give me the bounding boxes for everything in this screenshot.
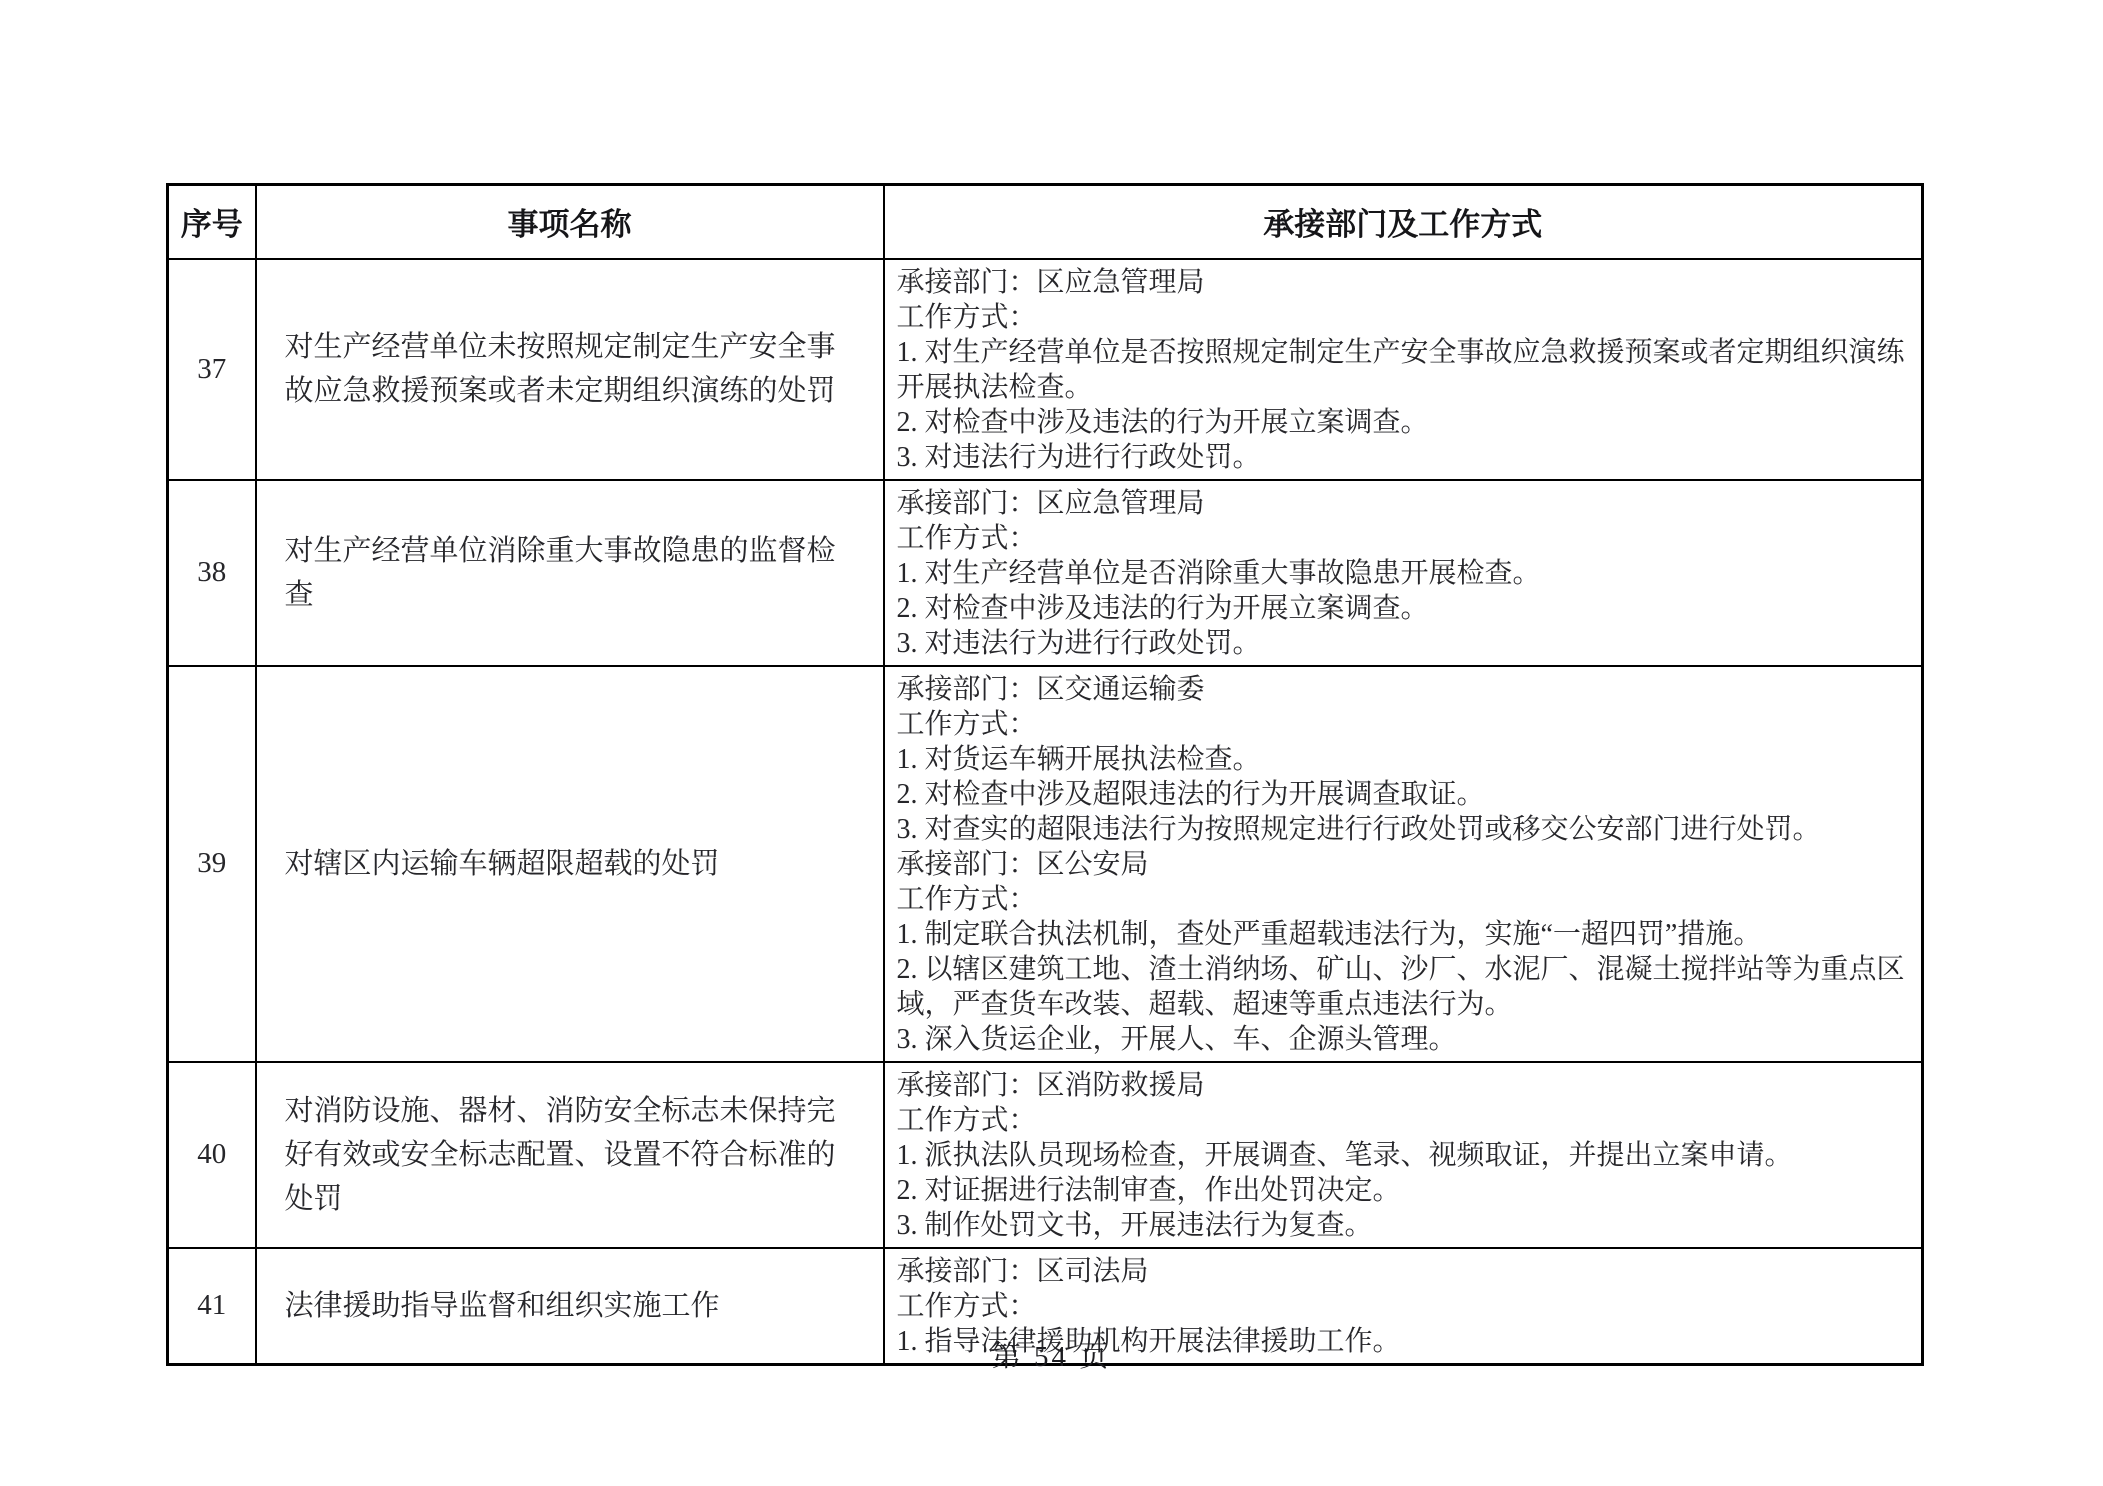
method-line: 工作方式： bbox=[897, 707, 1908, 742]
matter-name-header-cell: 事项名称 bbox=[256, 185, 884, 259]
method-line: 1. 对生产经营单位是否按照规定制定生产安全事故应急救援预案或者定期组织演练开展… bbox=[897, 335, 1908, 405]
method-line: 1. 对货运车辆开展执法检查。 bbox=[897, 742, 1908, 777]
method-line: 2. 对证据进行法制审查，作出处罚决定。 bbox=[897, 1173, 1908, 1208]
method-line: 3. 对违法行为进行行政处罚。 bbox=[897, 626, 1908, 661]
matter-name-cell: 对消防设施、器材、消防安全标志未保持完好有效或安全标志配置、设置不符合标准的处罚 bbox=[256, 1062, 884, 1248]
serial-cell: 38 bbox=[168, 480, 256, 666]
matter-name-cell: 对辖区内运输车辆超限超载的处罚 bbox=[256, 666, 884, 1062]
method-line: 工作方式： bbox=[897, 882, 1908, 917]
methods-cell: 承接部门：区交通运输委 工作方式： 1. 对货运车辆开展执法检查。 2. 对检查… bbox=[884, 666, 1923, 1062]
method-line: 承接部门：区公安局 bbox=[897, 847, 1908, 882]
method-line: 工作方式： bbox=[897, 300, 1908, 335]
method-line: 3. 深入货运企业，开展人、车、企源头管理。 bbox=[897, 1022, 1908, 1057]
document-page: 序号 事项名称 承接部门及工作方式 37 对生产经营单位未按照规定制定生产安全事… bbox=[0, 0, 2103, 1486]
table-row-40: 40 对消防设施、器材、消防安全标志未保持完好有效或安全标志配置、设置不符合标准… bbox=[168, 1062, 1923, 1248]
method-line: 1. 派执法队员现场检查，开展调查、笔录、视频取证，并提出立案申请。 bbox=[897, 1138, 1908, 1173]
method-line: 2. 对检查中涉及违法的行为开展立案调查。 bbox=[897, 405, 1908, 440]
dept-method-header-cell: 承接部门及工作方式 bbox=[884, 185, 1923, 259]
methods-cell: 承接部门：区应急管理局 工作方式： 1. 对生产经营单位是否按照规定制定生产安全… bbox=[884, 259, 1923, 480]
method-line: 1. 对生产经营单位是否消除重大事故隐患开展检查。 bbox=[897, 556, 1908, 591]
method-line: 承接部门：区司法局 bbox=[897, 1254, 1908, 1289]
table-header-row: 序号 事项名称 承接部门及工作方式 bbox=[168, 185, 1923, 259]
serial-cell: 39 bbox=[168, 666, 256, 1062]
table-row-38: 38 对生产经营单位消除重大事故隐患的监督检查 承接部门：区应急管理局 工作方式… bbox=[168, 480, 1923, 666]
method-line: 工作方式： bbox=[897, 1103, 1908, 1138]
serial-cell: 37 bbox=[168, 259, 256, 480]
matter-name-cell: 对生产经营单位消除重大事故隐患的监督检查 bbox=[256, 480, 884, 666]
method-line: 3. 对违法行为进行行政处罚。 bbox=[897, 440, 1908, 475]
method-line: 3. 制作处罚文书，开展违法行为复查。 bbox=[897, 1208, 1908, 1243]
table-row-39: 39 对辖区内运输车辆超限超载的处罚 承接部门：区交通运输委 工作方式： 1. … bbox=[168, 666, 1923, 1062]
methods-cell: 承接部门：区应急管理局 工作方式： 1. 对生产经营单位是否消除重大事故隐患开展… bbox=[884, 480, 1923, 666]
table-row-37: 37 对生产经营单位未按照规定制定生产安全事故应急救援预案或者未定期组织演练的处… bbox=[168, 259, 1923, 480]
method-line: 工作方式： bbox=[897, 1289, 1908, 1324]
method-line: 承接部门：区应急管理局 bbox=[897, 486, 1908, 521]
page-number: 第 54 页 bbox=[0, 1334, 2103, 1375]
method-line: 承接部门：区应急管理局 bbox=[897, 265, 1908, 300]
method-line: 2. 以辖区建筑工地、渣土消纳场、矿山、沙厂、水泥厂、混凝土搅拌站等为重点区域，… bbox=[897, 952, 1908, 1022]
matters-table: 序号 事项名称 承接部门及工作方式 37 对生产经营单位未按照规定制定生产安全事… bbox=[166, 183, 1924, 1366]
method-line: 3. 对查实的超限违法行为按照规定进行行政处罚或移交公安部门进行处罚。 bbox=[897, 812, 1908, 847]
serial-cell: 40 bbox=[168, 1062, 256, 1248]
method-line: 承接部门：区交通运输委 bbox=[897, 672, 1908, 707]
method-line: 2. 对检查中涉及违法的行为开展立案调查。 bbox=[897, 591, 1908, 626]
method-line: 1. 制定联合执法机制，查处严重超载违法行为，实施“一超四罚”措施。 bbox=[897, 917, 1908, 952]
matter-name-cell: 对生产经营单位未按照规定制定生产安全事故应急救援预案或者未定期组织演练的处罚 bbox=[256, 259, 884, 480]
method-line: 承接部门：区消防救援局 bbox=[897, 1068, 1908, 1103]
method-line: 工作方式： bbox=[897, 521, 1908, 556]
method-line: 2. 对检查中涉及超限违法的行为开展调查取证。 bbox=[897, 777, 1908, 812]
serial-header-cell: 序号 bbox=[168, 185, 256, 259]
methods-cell: 承接部门：区消防救援局 工作方式： 1. 派执法队员现场检查，开展调查、笔录、视… bbox=[884, 1062, 1923, 1248]
